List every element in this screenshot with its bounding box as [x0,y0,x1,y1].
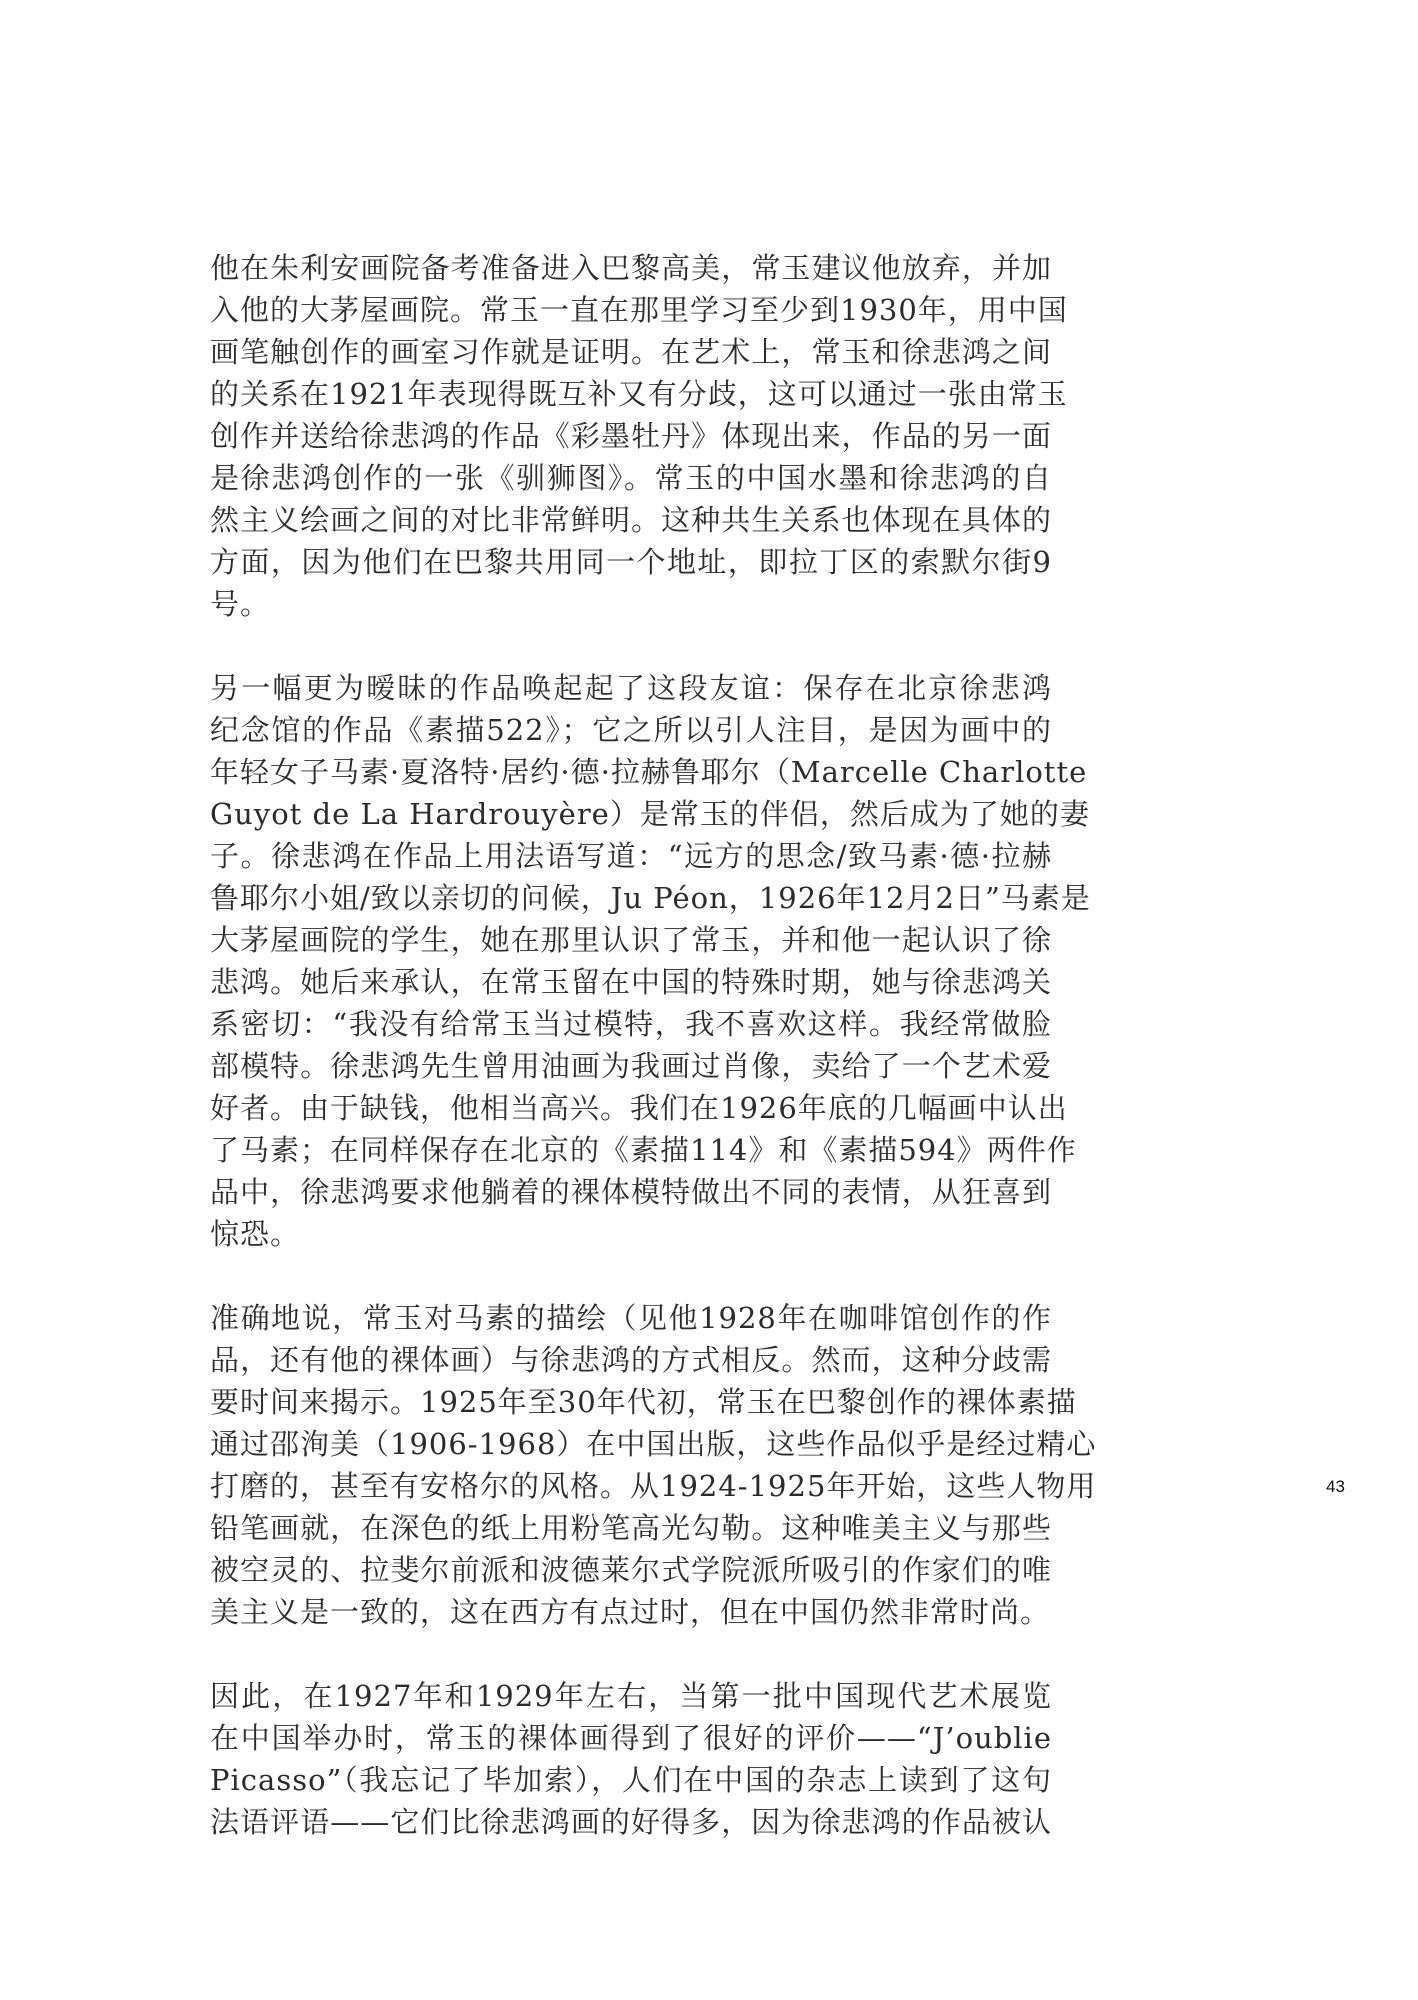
text-line: 子。徐悲鸿在作品上用法语写道：“远方的思念/致马素·德·拉赫 [210,835,1052,877]
page-number: 43 [1326,1477,1345,1497]
text-line: 系密切：“我没有给常玉当过模特，我不喜欢这样。我经常做脸 [210,1003,1052,1045]
text-line: 鲁耶尔小姐/致以亲切的问候，Ju Péon，1926年12月2日”马素是 [210,877,1052,919]
text-line: 美主义是一致的，这在西方有点过时，但在中国仍然非常时尚。 [210,1591,1052,1633]
text-line: 他在朱利安画院备考准备进入巴黎高美，常玉建议他放弃，并加 [210,247,1052,289]
text-line: 悲鸿。她后来承认，在常玉留在中国的特殊时期，她与徐悲鸿关 [210,961,1052,1003]
text-line: 品，还有他的裸体画）与徐悲鸿的方式相反。然而，这种分歧需 [210,1339,1052,1381]
text-line: 品中，徐悲鸿要求他躺着的裸体模特做出不同的表情，从狂喜到 [210,1171,1052,1213]
text-line: 年轻女子马素·夏洛特·居约·德·拉赫鲁耶尔（Marcelle Charlotte [210,751,1052,793]
text-line: 画笔触创作的画室习作就是证明。在艺术上，常玉和徐悲鸿之间 [210,331,1052,373]
text-line: Guyot de La Hardrouyère）是常玉的伴侣，然后成为了她的妻 [210,793,1052,835]
text-line: 要时间来揭示。1925年至30年代初，常玉在巴黎创作的裸体素描 [210,1381,1052,1423]
text-line: 铅笔画就，在深色的纸上用粉笔高光勾勒。这种唯美主义与那些 [210,1507,1052,1549]
text-line: 好者。由于缺钱，他相当高兴。我们在1926年底的几幅画中认出 [210,1087,1052,1129]
text-line: 因此，在1927年和1929年左右，当第一批中国现代艺术展览 [210,1675,1052,1717]
text-line: 准确地说，常玉对马素的描绘（见他1928年在咖啡馆创作的作 [210,1297,1052,1339]
text-line: 法语评语——它们比徐悲鸿画的好得多，因为徐悲鸿的作品被认 [210,1801,1052,1843]
text-line: 的关系在1921年表现得既互补又有分歧，这可以通过一张由常玉 [210,373,1052,415]
text-line: 大茅屋画院的学生，她在那里认识了常玉，并和他一起认识了徐 [210,919,1052,961]
paragraph-2: 另一幅更为暧昧的作品唤起起了这段友谊：保存在北京徐悲鸿 纪念馆的作品《素描522… [210,667,1052,1255]
text-line: 打磨的，甚至有安格尔的风格。从1924-1925年开始，这些人物用 [210,1465,1052,1507]
text-line: 方面，因为他们在巴黎共用同一个地址，即拉丁区的索默尔街9 [210,541,1052,583]
text-line: 惊恐。 [210,1213,1052,1255]
text-line: 然主义绘画之间的对比非常鲜明。这种共生关系也体现在具体的 [210,499,1052,541]
text-line: 通过邵洵美（1906-1968）在中国出版，这些作品似乎是经过精心 [210,1423,1052,1465]
book-page: 他在朱利安画院备考准备进入巴黎高美，常玉建议他放弃，并加 入他的大茅屋画院。常玉… [0,0,1418,2000]
text-line: 入他的大茅屋画院。常玉一直在那里学习至少到1930年，用中国 [210,289,1052,331]
text-line: 了马素；在同样保存在北京的《素描114》和《素描594》两件作 [210,1129,1052,1171]
paragraph-1: 他在朱利安画院备考准备进入巴黎高美，常玉建议他放弃，并加 入他的大茅屋画院。常玉… [210,247,1052,625]
body-text: 他在朱利安画院备考准备进入巴黎高美，常玉建议他放弃，并加 入他的大茅屋画院。常玉… [210,247,1052,1885]
paragraph-3: 准确地说，常玉对马素的描绘（见他1928年在咖啡馆创作的作 品，还有他的裸体画）… [210,1297,1052,1633]
text-line: 纪念馆的作品《素描522》；它之所以引人注目，是因为画中的 [210,709,1052,751]
text-line: 在中国举办时，常玉的裸体画得到了很好的评价——“J’oublie [210,1717,1052,1759]
text-line: 创作并送给徐悲鸿的作品《彩墨牡丹》体现出来，作品的另一面 [210,415,1052,457]
paragraph-4: 因此，在1927年和1929年左右，当第一批中国现代艺术展览 在中国举办时，常玉… [210,1675,1052,1843]
text-line: 号。 [210,583,1052,625]
text-line: Picasso”（我忘记了毕加索），人们在中国的杂志上读到了这句 [210,1759,1052,1801]
text-line: 另一幅更为暧昧的作品唤起起了这段友谊：保存在北京徐悲鸿 [210,667,1052,709]
text-line: 部模特。徐悲鸿先生曾用油画为我画过肖像，卖给了一个艺术爱 [210,1045,1052,1087]
text-line: 被空灵的、拉斐尔前派和波德莱尔式学院派所吸引的作家们的唯 [210,1549,1052,1591]
text-line: 是徐悲鸿创作的一张《驯狮图》。常玉的中国水墨和徐悲鸿的自 [210,457,1052,499]
